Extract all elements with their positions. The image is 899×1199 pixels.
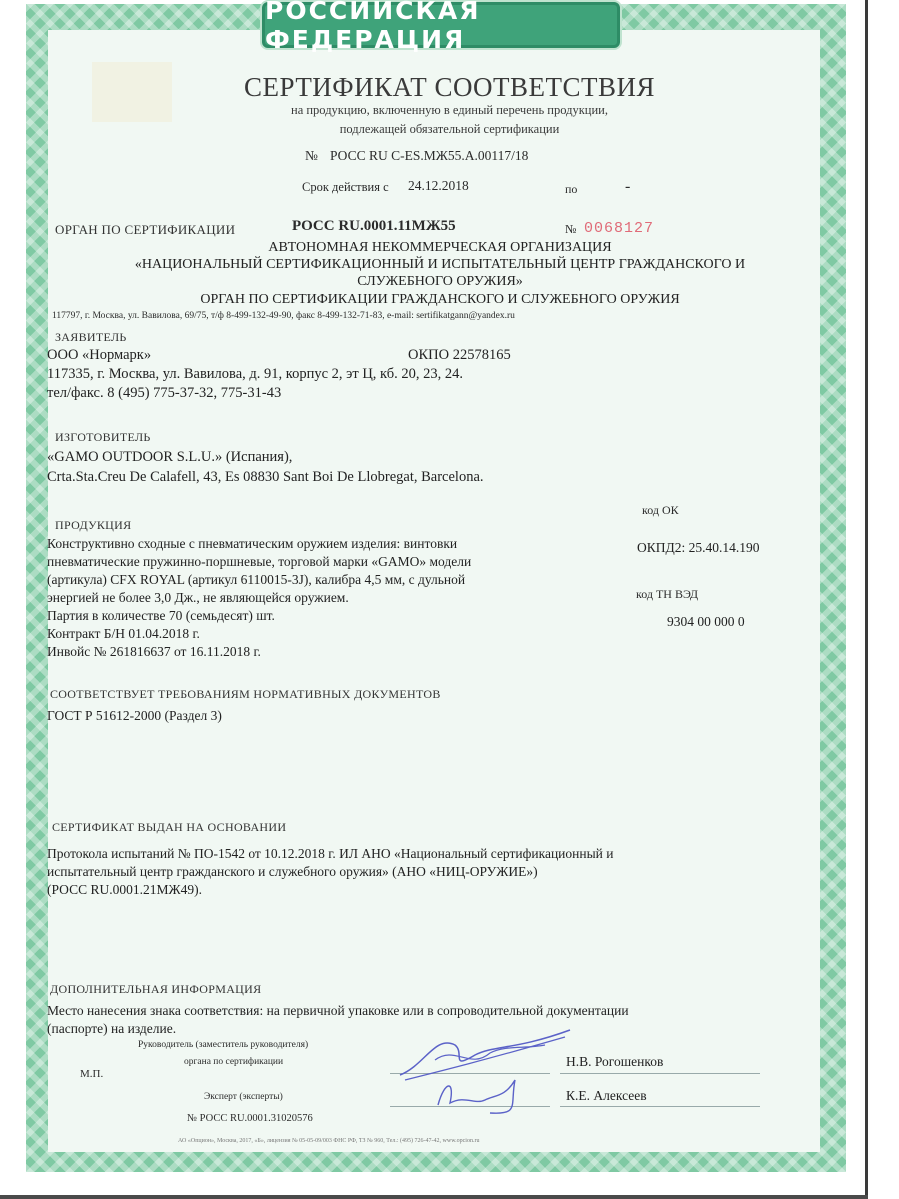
subtitle-line-1: на продукцию, включенную в единый перече… — [0, 103, 899, 118]
printer-imprint: АО «Опцион», Москва, 2017, «Б», лицензия… — [178, 1138, 479, 1144]
applicant-label: ЗАЯВИТЕЛЬ — [55, 330, 127, 345]
cert-number: РОСС RU C-ES.МЖ55.A.00117/18 — [330, 148, 528, 164]
product-line: (артикула) CFX ROYAL (артикул 6110015-3J… — [47, 572, 465, 588]
country-banner-text: РОССИЙСКАЯ ФЕДЕРАЦИЯ — [265, 0, 617, 54]
blank-number-label: № — [565, 222, 576, 237]
stamp-mark: М.П. — [80, 1068, 103, 1080]
expert-signature-icon — [420, 1075, 540, 1120]
product-label: ПРОДУКЦИЯ — [55, 518, 131, 533]
cert-body-line-1: АВТОНОМНАЯ НЕКОММЕРЧЕСКАЯ ОРГАНИЗАЦИЯ — [60, 240, 820, 256]
okpd2-code: ОКПД2: 25.40.14.190 — [637, 540, 759, 556]
applicant-name: ООО «Нормарк» — [47, 347, 151, 364]
basis-line: (РОСС RU.0001.21МЖ49). — [47, 882, 202, 898]
cert-body-code: РОСС RU.0001.11МЖ55 — [292, 218, 456, 235]
basis-line: испытательный центр гражданского и служе… — [47, 864, 538, 880]
product-line: Конструктивно сходные с пневматическим о… — [47, 536, 457, 552]
applicant-okpo: ОКПО 22578165 — [408, 347, 511, 364]
cert-body-address: 117797, г. Москва, ул. Вавилова, 69/75, … — [52, 311, 515, 321]
manufacturer-address: Crta.Sta.Creu De Calafell, 43, Es 08830 … — [47, 469, 484, 486]
ok-code-label: код ОК — [642, 503, 679, 518]
additional-line: Место нанесения знака соответствия: на п… — [47, 1003, 629, 1019]
validity-to-label: по — [565, 182, 577, 197]
page-edge-right — [865, 0, 868, 1196]
cert-body-line-3: СЛУЖЕБНОГО ОРУЖИЯ» — [60, 274, 820, 290]
applicant-address: 117335, г. Москва, ул. Вавилова, д. 91, … — [47, 366, 463, 383]
cert-body-line-2: «НАЦИОНАЛЬНЫЙ СЕРТИФИКАЦИОННЫЙ И ИСПЫТАТ… — [60, 257, 820, 273]
compliance-label: СООТВЕТСТВУЕТ ТРЕБОВАНИЯМ НОРМАТИВНЫХ ДО… — [50, 687, 441, 702]
additional-line: (паспорте) на изделие. — [47, 1021, 176, 1037]
tnved-label: код ТН ВЭД — [636, 587, 698, 602]
head-name: Н.В. Рогошенков — [566, 1054, 663, 1070]
validity-to: - — [625, 178, 630, 196]
product-line: Партия в количестве 70 (семьдесят) шт. — [47, 608, 275, 624]
page-edge-bottom — [0, 1195, 868, 1199]
expert-name-line — [560, 1106, 760, 1107]
cert-number-label: № — [305, 148, 318, 164]
validity-label: Срок действия с — [302, 180, 389, 195]
document-title: СЕРТИФИКАТ СООТВЕТСТВИЯ — [0, 72, 899, 103]
validity-from: 24.12.2018 — [408, 178, 469, 194]
head-name-line — [560, 1073, 760, 1074]
expert-name: К.Е. Алексеев — [566, 1088, 647, 1104]
product-line: Инвойс № 261816637 от 16.11.2018 г. — [47, 644, 261, 660]
expert-label: Эксперт (эксперты) — [204, 1092, 283, 1102]
basis-label: СЕРТИФИКАТ ВЫДАН НА ОСНОВАНИИ — [52, 820, 286, 835]
expert-number: № РОСС RU.0001.31020576 — [187, 1113, 313, 1124]
country-banner: РОССИЙСКАЯ ФЕДЕРАЦИЯ — [262, 2, 620, 48]
applicant-phone: тел/факс. 8 (495) 775-37-32, 775-31-43 — [47, 385, 281, 402]
manufacturer-name: «GAMO OUTDOOR S.L.U.» (Испания), — [47, 449, 292, 466]
cert-body-line-4: ОРГАН ПО СЕРТИФИКАЦИИ ГРАЖДАНСКОГО И СЛУ… — [60, 292, 820, 308]
compliance-standard: ГОСТ Р 51612-2000 (Раздел 3) — [47, 708, 222, 724]
product-line: пневматические пружинно-поршневые, торго… — [47, 554, 471, 570]
product-line: Контракт Б/Н 01.04.2018 г. — [47, 626, 200, 642]
product-line: энергией не более 3,0 Дж., не являющейся… — [47, 590, 349, 606]
subtitle-line-2: подлежащей обязательной сертификации — [0, 122, 899, 137]
basis-line: Протокола испытаний № ПО-1542 от 10.12.2… — [47, 846, 614, 862]
cert-body-label: ОРГАН ПО СЕРТИФИКАЦИИ — [55, 222, 235, 238]
additional-label: ДОПОЛНИТЕЛЬНАЯ ИНФОРМАЦИЯ — [50, 982, 261, 997]
manufacturer-label: ИЗГОТОВИТЕЛЬ — [55, 430, 151, 445]
head-label-2: органа по сертификации — [184, 1057, 283, 1067]
head-label-1: Руководитель (заместитель руководителя) — [138, 1040, 308, 1050]
blank-number: 0068127 — [584, 220, 654, 237]
tnved-code: 9304 00 000 0 — [667, 614, 745, 630]
